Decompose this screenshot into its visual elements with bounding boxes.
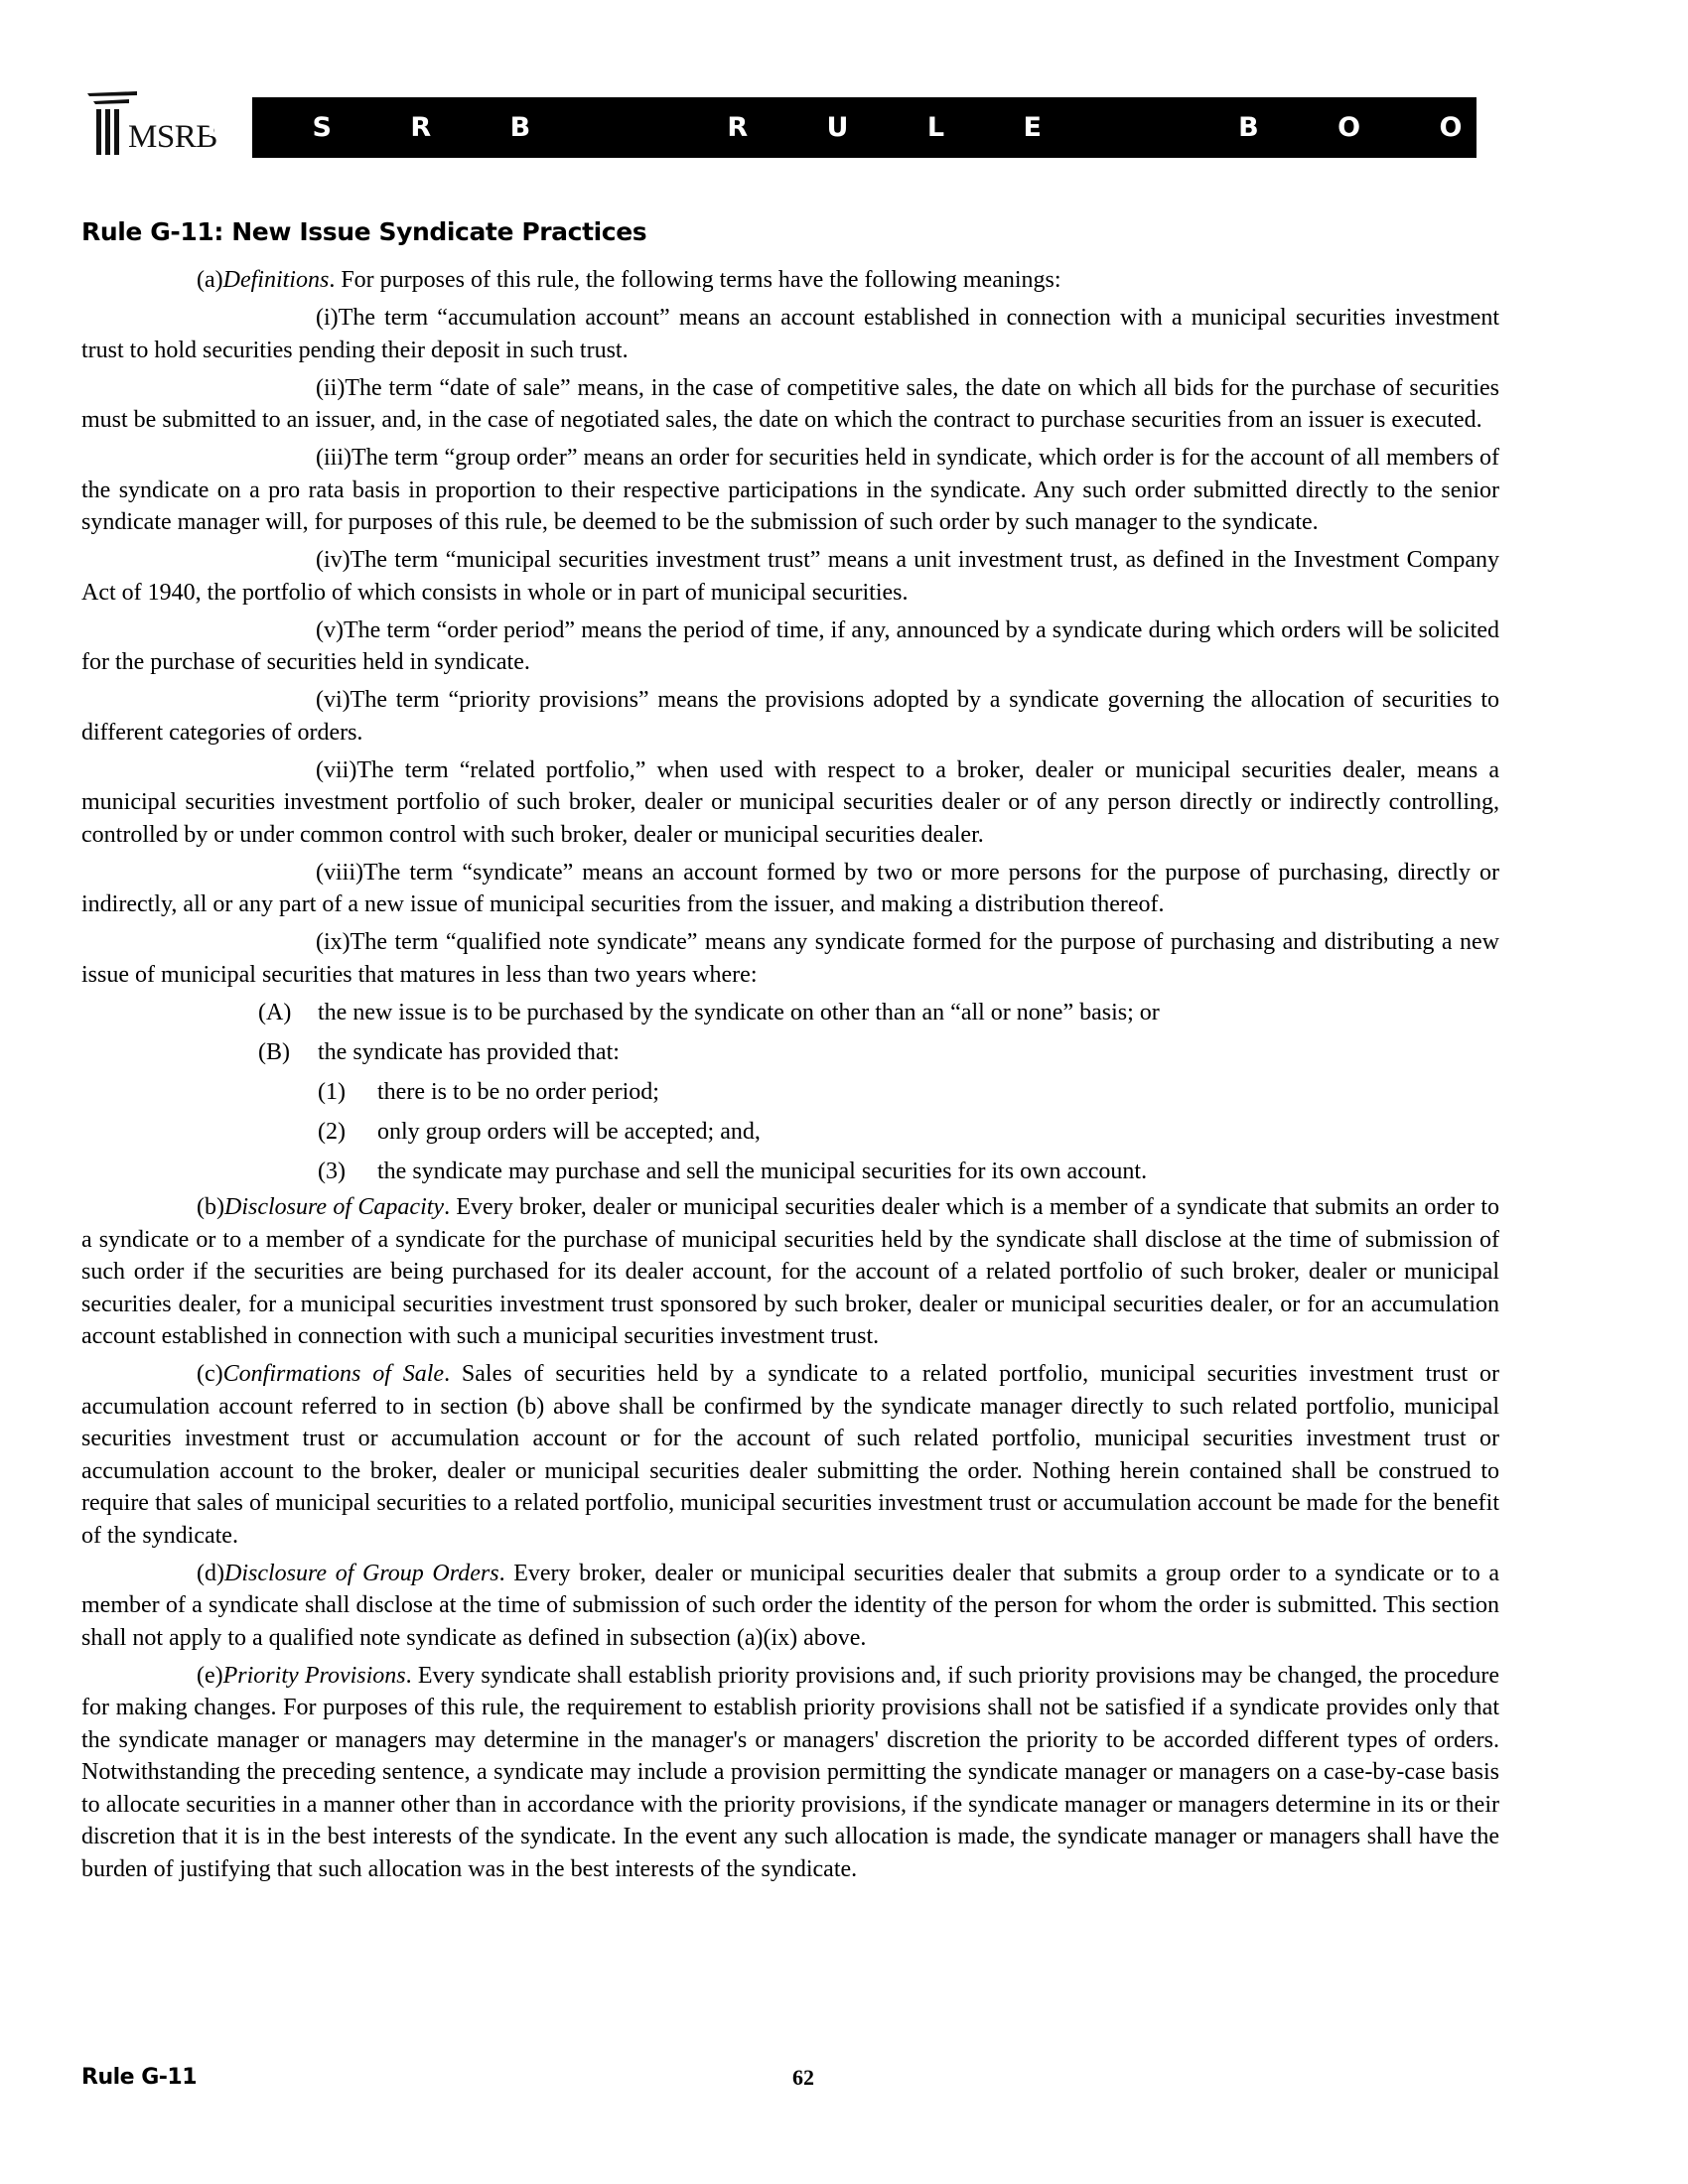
section-label: (b) bbox=[139, 1191, 224, 1224]
definition-item: (vi)The term “priority provisions” means… bbox=[81, 684, 1499, 749]
sublist-text: the new issue is to be purchased by the … bbox=[318, 997, 1160, 1029]
definition-item: (viii)The term “syndicate” means an acco… bbox=[81, 857, 1499, 921]
sublist-item: (A)the new issue is to be purchased by t… bbox=[258, 997, 1499, 1029]
numbered-text: there is to be no order period; bbox=[377, 1076, 659, 1109]
header-banner: M S R B R U L E B O O K bbox=[252, 97, 1477, 158]
sublist-text: the syndicate has provided that: bbox=[318, 1036, 620, 1069]
section-heading: Disclosure of Capacity bbox=[224, 1194, 444, 1220]
section-label: (c) bbox=[139, 1358, 223, 1391]
definition-label: (vii) bbox=[199, 754, 356, 787]
section-heading: Disclosure of Group Orders bbox=[224, 1561, 499, 1586]
sublist-item: (B)the syndicate has provided that: bbox=[258, 1036, 1499, 1069]
definition-item: (v)The term “order period” means the per… bbox=[81, 614, 1499, 679]
numbered-sublist: (1)there is to be no order period; (2)on… bbox=[81, 1076, 1499, 1188]
banner-title: M S R B R U L E B O O K bbox=[207, 112, 1581, 143]
document-body: (a)Definitions. For purposes of this rul… bbox=[81, 264, 1499, 1891]
section-text: . For purposes of this rule, the followi… bbox=[329, 267, 1060, 293]
sublist-label: (A) bbox=[258, 997, 318, 1029]
definition-label: (viii) bbox=[199, 857, 363, 889]
footer-rule-label: Rule G-11 bbox=[81, 2065, 197, 2090]
numbered-item: (3)the syndicate may purchase and sell t… bbox=[318, 1156, 1499, 1188]
definition-label: (ii) bbox=[199, 372, 345, 405]
definition-label: (iii) bbox=[199, 442, 352, 475]
numbered-label: (1) bbox=[318, 1076, 377, 1109]
page-number: 62 bbox=[792, 2065, 814, 2091]
definition-item: (i)The term “accumulation account” means… bbox=[81, 302, 1499, 366]
section-label: (d) bbox=[139, 1558, 224, 1590]
definition-item: (ii)The term “date of sale” means, in th… bbox=[81, 372, 1499, 437]
section-heading: Confirmations of Sale bbox=[223, 1361, 444, 1387]
definition-label: (iv) bbox=[199, 544, 351, 577]
section-b: (b)Disclosure of Capacity. Every broker,… bbox=[81, 1191, 1499, 1353]
definition-item: (iii)The term “group order” means an ord… bbox=[81, 442, 1499, 539]
definition-item: (vii)The term “related portfolio,” when … bbox=[81, 754, 1499, 852]
section-d: (d)Disclosure of Group Orders. Every bro… bbox=[81, 1558, 1499, 1655]
sublist-label: (B) bbox=[258, 1036, 318, 1069]
definition-label: (ix) bbox=[199, 926, 351, 959]
definition-label: (i) bbox=[199, 302, 339, 335]
section-heading: Definitions bbox=[223, 267, 330, 293]
logo-text: MSRB bbox=[128, 121, 217, 154]
lettered-sublist: (A)the new issue is to be purchased by t… bbox=[81, 997, 1499, 1069]
numbered-text: only group orders will be accepted; and, bbox=[377, 1116, 761, 1149]
numbered-label: (2) bbox=[318, 1116, 377, 1149]
section-text: . Sales of securities held by a syndicat… bbox=[81, 1361, 1499, 1549]
definition-label: (v) bbox=[199, 614, 344, 647]
section-text: . Every syndicate shall establish priori… bbox=[81, 1663, 1499, 1882]
definition-label: (vi) bbox=[199, 684, 351, 717]
definitions-list: (i)The term “accumulation account” means… bbox=[81, 302, 1499, 991]
section-label: (a) bbox=[139, 264, 223, 297]
rule-sections: (b)Disclosure of Capacity. Every broker,… bbox=[81, 1191, 1499, 1885]
section-e: (e)Priority Provisions. Every syndicate … bbox=[81, 1660, 1499, 1886]
section-heading: Priority Provisions bbox=[223, 1663, 406, 1689]
numbered-label: (3) bbox=[318, 1156, 377, 1188]
document-page: MSRB M S R B R U L E B O O K Rule G-11: … bbox=[0, 0, 1688, 2184]
section-a: (a)Definitions. For purposes of this rul… bbox=[81, 264, 1499, 297]
definition-item: (ix)The term “qualified note syndicate” … bbox=[81, 926, 1499, 991]
numbered-item: (2)only group orders will be accepted; a… bbox=[318, 1116, 1499, 1149]
section-label: (e) bbox=[139, 1660, 223, 1693]
numbered-text: the syndicate may purchase and sell the … bbox=[377, 1156, 1147, 1188]
numbered-item: (1)there is to be no order period; bbox=[318, 1076, 1499, 1109]
section-c: (c)Confirmations of Sale. Sales of secur… bbox=[81, 1358, 1499, 1552]
definition-item: (iv)The term “municipal securities inves… bbox=[81, 544, 1499, 609]
page-title: Rule G-11: New Issue Syndicate Practices bbox=[81, 217, 646, 246]
